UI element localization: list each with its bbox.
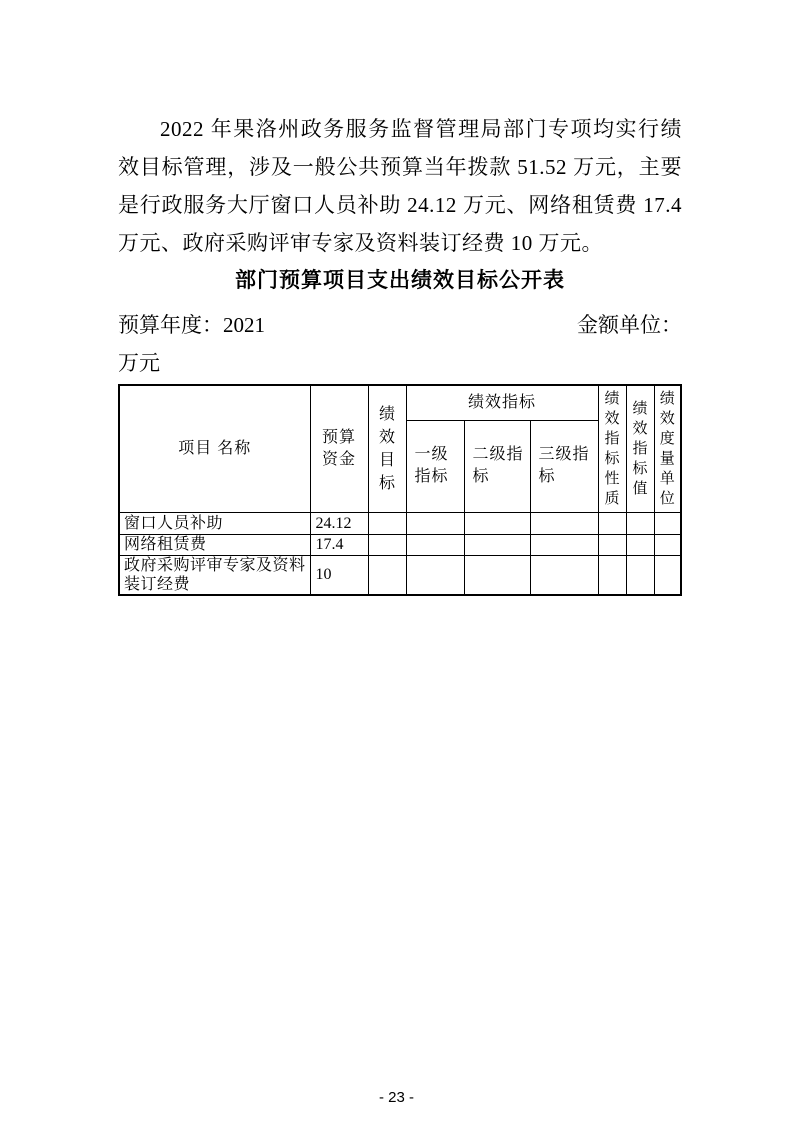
cell-level3-indicator: [530, 534, 598, 555]
cell-project-name: 政府采购评审专家及资料装订经费: [119, 555, 310, 595]
cell-budget-funds: 10: [310, 555, 368, 595]
cell-budget-funds: 24.12: [310, 512, 368, 534]
table-row: 窗口人员补助 24.12: [119, 512, 681, 534]
document-page: 2022 年果洛州政务服务监督管理局部门专项均实行绩效目标管理，涉及一般公共预算…: [0, 0, 793, 1122]
intro-paragraph: 2022 年果洛州政务服务监督管理局部门专项均实行绩效目标管理，涉及一般公共预算…: [118, 110, 682, 262]
cell-level1-indicator: [406, 534, 464, 555]
header-project-name: 项目 名称: [119, 385, 310, 512]
performance-targets-table: 项目 名称 预算 资金 绩 效 目 标 绩效指标 绩 效 指 标 性 质 绩 效…: [118, 384, 682, 596]
table-meta-row: 预算年度：2021 金额单位：: [118, 312, 682, 338]
cell-indicator-nature: [598, 555, 626, 595]
table-title: 部门预算项目支出绩效目标公开表: [118, 266, 682, 296]
header-level2-indicator: 二级指 标: [464, 420, 530, 512]
cell-level1-indicator: [406, 512, 464, 534]
amount-unit-label: 金额单位：: [577, 312, 682, 338]
table-row: 政府采购评审专家及资料装订经费 10: [119, 555, 681, 595]
header-indicator-nature: 绩 效 指 标 性 质: [598, 385, 626, 512]
cell-indicator-value: [626, 512, 654, 534]
cell-level2-indicator: [464, 555, 530, 595]
header-level1-indicator: 一级 指标: [406, 420, 464, 512]
cell-performance-goal: [368, 512, 406, 534]
table-row: 网络租赁费 17.4: [119, 534, 681, 555]
budget-year-label: 预算年度：2021: [118, 312, 265, 338]
header-performance-indicator-group: 绩效指标: [406, 385, 598, 420]
cell-level2-indicator: [464, 534, 530, 555]
cell-performance-goal: [368, 534, 406, 555]
header-level3-indicator: 三级指 标: [530, 420, 598, 512]
cell-budget-funds: 17.4: [310, 534, 368, 555]
cell-level3-indicator: [530, 555, 598, 595]
amount-unit-value: 万元: [118, 350, 682, 376]
header-row-group: 项目 名称 预算 资金 绩 效 目 标 绩效指标 绩 效 指 标 性 质 绩 效…: [119, 385, 681, 420]
cell-measure-unit: [654, 534, 681, 555]
cell-indicator-nature: [598, 534, 626, 555]
header-indicator-value: 绩 效 指 标 值: [626, 385, 654, 512]
header-measure-unit: 绩 效 度 量 单 位: [654, 385, 681, 512]
cell-indicator-nature: [598, 512, 626, 534]
cell-project-name: 窗口人员补助: [119, 512, 310, 534]
cell-level2-indicator: [464, 512, 530, 534]
cell-level1-indicator: [406, 555, 464, 595]
cell-indicator-value: [626, 534, 654, 555]
cell-indicator-value: [626, 555, 654, 595]
cell-measure-unit: [654, 512, 681, 534]
cell-project-name: 网络租赁费: [119, 534, 310, 555]
page-number: - 23 -: [0, 1089, 793, 1106]
cell-level3-indicator: [530, 512, 598, 534]
header-performance-goal: 绩 效 目 标: [368, 385, 406, 512]
cell-performance-goal: [368, 555, 406, 595]
header-budget-funds: 预算 资金: [310, 385, 368, 512]
page-content: 2022 年果洛州政务服务监督管理局部门专项均实行绩效目标管理，涉及一般公共预算…: [118, 110, 682, 596]
cell-measure-unit: [654, 555, 681, 595]
